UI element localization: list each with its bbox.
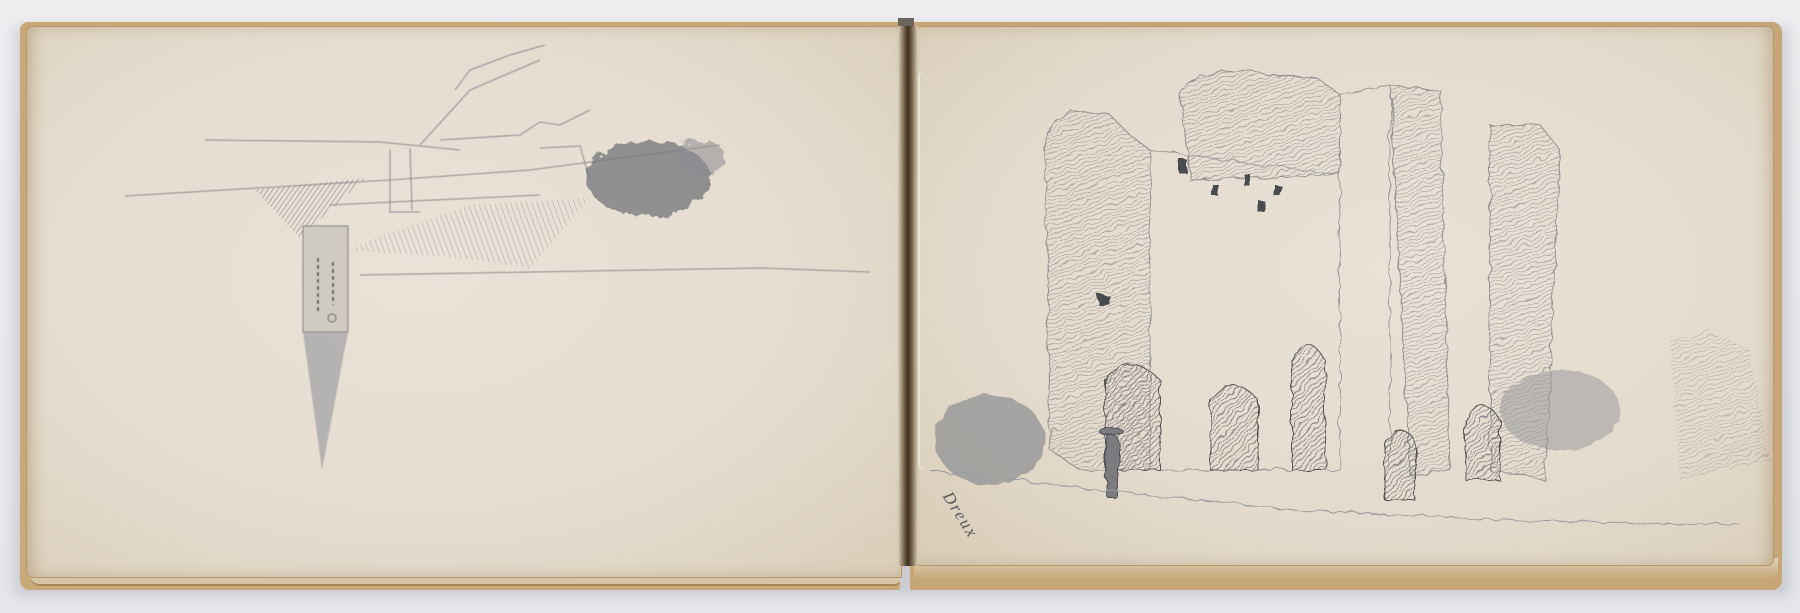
shrub: [935, 395, 1045, 485]
right-page-sketch: [0, 0, 1800, 613]
photo-background: Dreux: [0, 0, 1800, 613]
ground-line: [930, 470, 1740, 525]
